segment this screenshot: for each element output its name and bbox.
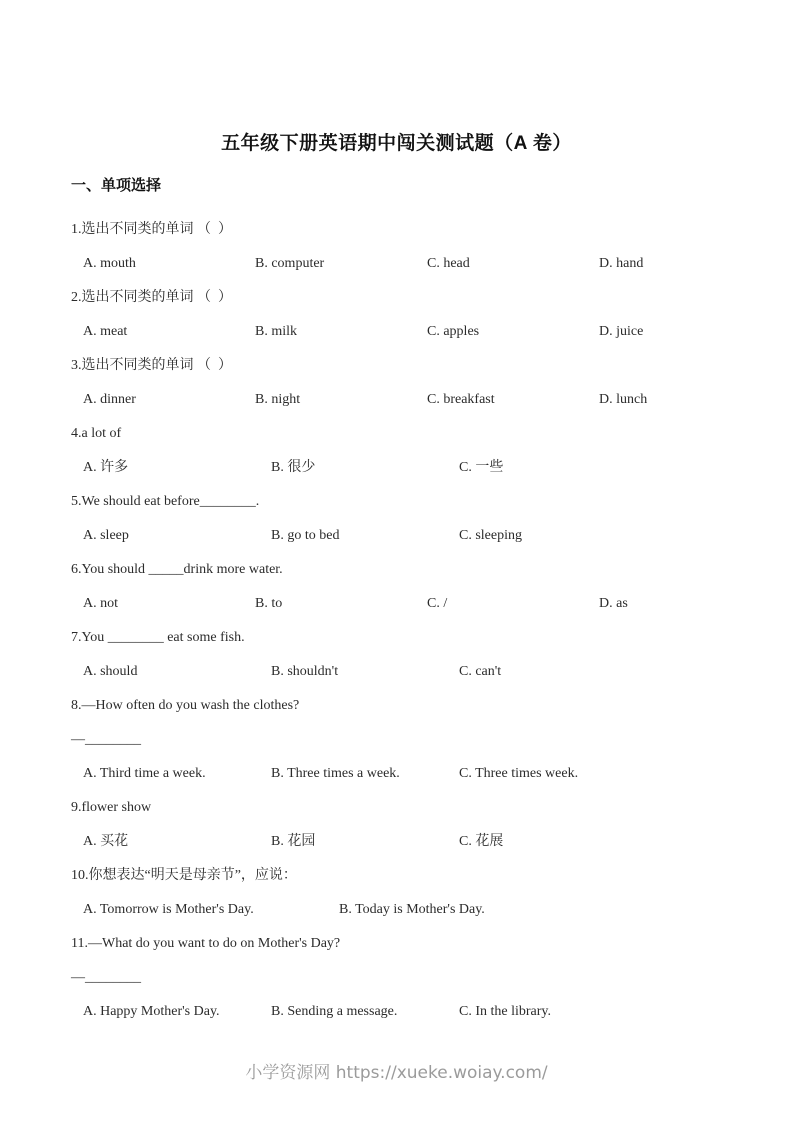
option-item: A. Third time a week. <box>83 766 271 782</box>
question-block: 5.We should eat before________.A. sleepB… <box>0 494 793 544</box>
question-text: 9.flower show <box>71 800 793 816</box>
question-block: 4.a lot ofA. 许多B. 很少C. 一些 <box>0 426 793 476</box>
option-item: B. to <box>255 596 427 612</box>
question-text: 11.—What do you want to do on Mother's D… <box>71 936 793 952</box>
option-item: D. juice <box>599 324 643 340</box>
option-item: D. as <box>599 596 628 612</box>
option-item: B. go to bed <box>271 528 459 544</box>
options-row: A. Third time a week.B. Three times a we… <box>0 766 793 782</box>
options-row: A. mouthB. computerC. headD. hand <box>0 256 793 272</box>
option-item: C. / <box>427 596 599 612</box>
question-block: 9.flower showA. 买花B. 花园C. 花展 <box>0 800 793 850</box>
question-text: 8.—How often do you wash the clothes? <box>71 698 793 714</box>
question-block: 7.You ________ eat some fish.A. shouldB.… <box>0 630 793 680</box>
option-item: A. dinner <box>83 392 255 408</box>
option-item: A. Happy Mother's Day. <box>83 1004 271 1020</box>
page-title: 五年级下册英语期中闯关测试题（A 卷） <box>0 131 793 157</box>
question-block: 6.You should _____drink more water.A. no… <box>0 562 793 612</box>
option-item: B. shouldn't <box>271 664 459 680</box>
question-text: 6.You should _____drink more water. <box>71 562 793 578</box>
options-row: A. sleepB. go to bedC. sleeping <box>0 528 793 544</box>
option-item: B. computer <box>255 256 427 272</box>
option-item: B. milk <box>255 324 427 340</box>
question-block: 11.—What do you want to do on Mother's D… <box>0 936 793 1020</box>
option-item: D. hand <box>599 256 643 272</box>
option-item: A. sleep <box>83 528 271 544</box>
question-text: 3.选出不同类的单词 （ ） <box>71 358 793 374</box>
option-item: A. 许多 <box>83 460 271 476</box>
option-item: C. In the library. <box>459 1004 551 1020</box>
option-item: A. mouth <box>83 256 255 272</box>
question-block: 10.你想表达“明天是母亲节”，应说：A. Tomorrow is Mother… <box>0 868 793 918</box>
option-item: D. lunch <box>599 392 647 408</box>
question-block: 3.选出不同类的单词 （ ）A. dinnerB. nightC. breakf… <box>0 358 793 408</box>
option-item: C. apples <box>427 324 599 340</box>
option-item: A. not <box>83 596 255 612</box>
option-item: B. night <box>255 392 427 408</box>
exam-paper-page: 五年级下册英语期中闯关测试题（A 卷） 一、单项选择 1.选出不同类的单词 （ … <box>0 0 793 1122</box>
option-item: C. Three times week. <box>459 766 578 782</box>
option-item: C. 花展 <box>459 834 503 850</box>
answer-blank-line: —________ <box>71 970 793 986</box>
option-item: B. 花园 <box>271 834 459 850</box>
options-row: A. meatB. milkC. applesD. juice <box>0 324 793 340</box>
question-text: 2.选出不同类的单词 （ ） <box>71 290 793 306</box>
options-row: A. shouldB. shouldn'tC. can't <box>0 664 793 680</box>
question-block: 8.—How often do you wash the clothes?—__… <box>0 698 793 782</box>
options-row: A. Tomorrow is Mother's Day.B. Today is … <box>0 902 793 918</box>
option-item: A. should <box>83 664 271 680</box>
option-item: A. 买花 <box>83 834 271 850</box>
option-item: B. Sending a message. <box>271 1004 459 1020</box>
option-item: C. can't <box>459 664 501 680</box>
question-text: 5.We should eat before________. <box>71 494 793 510</box>
option-item: B. Today is Mother's Day. <box>339 902 485 918</box>
questions-container: 1.选出不同类的单词 （ ）A. mouthB. computerC. head… <box>0 222 793 1020</box>
question-text: 1.选出不同类的单词 （ ） <box>71 222 793 238</box>
options-row: A. Happy Mother's Day.B. Sending a messa… <box>0 1004 793 1020</box>
option-item: C. breakfast <box>427 392 599 408</box>
question-text: 7.You ________ eat some fish. <box>71 630 793 646</box>
section-heading: 一、单项选择 <box>71 176 793 196</box>
option-item: B. 很少 <box>271 460 459 476</box>
options-row: A. dinnerB. nightC. breakfastD. lunch <box>0 392 793 408</box>
question-text: 10.你想表达“明天是母亲节”，应说： <box>71 868 793 884</box>
question-block: 2.选出不同类的单词 （ ）A. meatB. milkC. applesD. … <box>0 290 793 340</box>
option-item: C. 一些 <box>459 460 503 476</box>
options-row: A. notB. toC. /D. as <box>0 596 793 612</box>
options-row: A. 许多B. 很少C. 一些 <box>0 460 793 476</box>
option-item: C. head <box>427 256 599 272</box>
answer-blank-line: —________ <box>71 732 793 748</box>
option-item: A. meat <box>83 324 255 340</box>
footer-watermark: 小学资源网 https://xueke.woiay.com/ <box>0 1062 793 1084</box>
question-block: 1.选出不同类的单词 （ ）A. mouthB. computerC. head… <box>0 222 793 272</box>
question-text: 4.a lot of <box>71 426 793 442</box>
option-item: C. sleeping <box>459 528 522 544</box>
option-item: A. Tomorrow is Mother's Day. <box>83 902 339 918</box>
option-item: B. Three times a week. <box>271 766 459 782</box>
options-row: A. 买花B. 花园C. 花展 <box>0 834 793 850</box>
